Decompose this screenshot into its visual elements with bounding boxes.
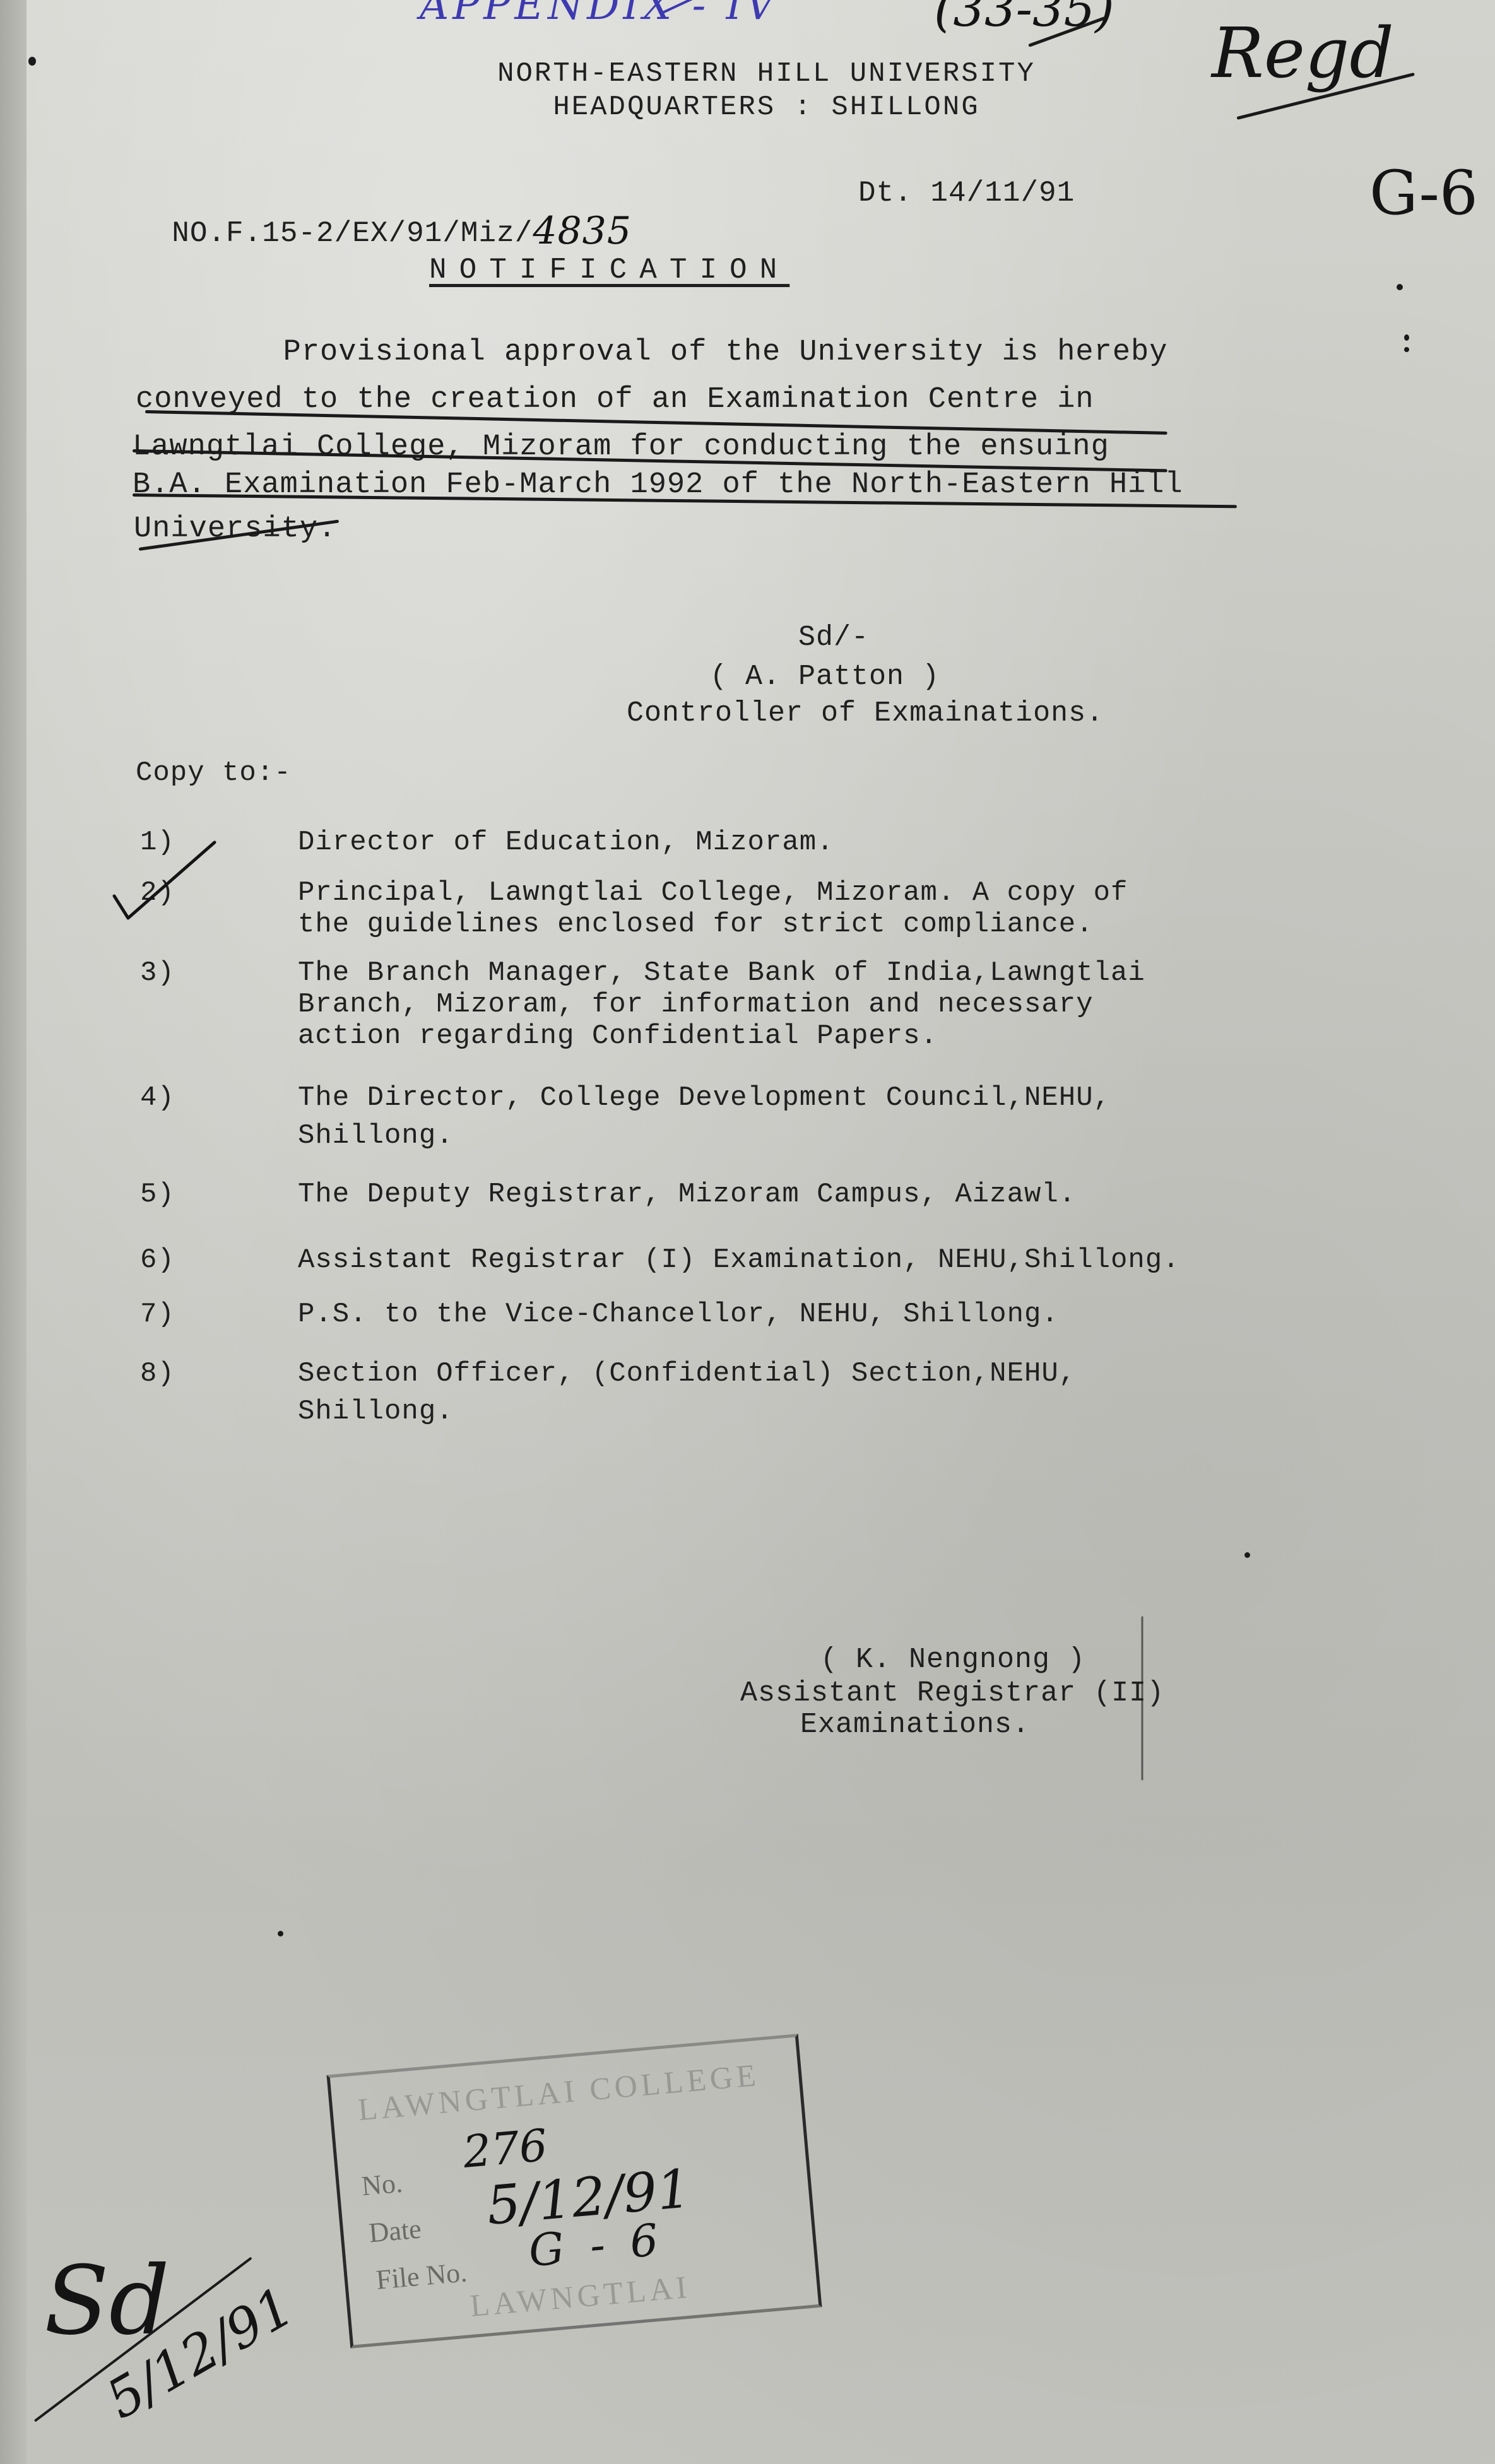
ink-speck (1404, 347, 1409, 352)
copy-to-label: Copy to:- (136, 757, 292, 789)
copy-to-item-text: action regarding Confidential Papers. (298, 1020, 938, 1052)
stamp-footer: LAWNGTLAI (469, 2268, 692, 2324)
ink-speck (278, 1931, 283, 1936)
page-range-annotation: (33-35) (934, 0, 1114, 38)
reference-date: Dt. 14/11/91 (858, 177, 1075, 209)
copy-to-item-number: 8) (140, 1358, 175, 1389)
reference-number-typed: NO.F.15-2/EX/91/Miz/ (172, 217, 533, 250)
signatory-2-designation-2: Examinations. (800, 1709, 1030, 1741)
copy-to-item-number: 6) (140, 1244, 175, 1276)
signatory-1-name: ( A. Patton ) (710, 661, 940, 693)
signatory-1-designation: Controller of Exmainations. (627, 697, 1104, 729)
copy-to-item-text: Shillong. (298, 1120, 454, 1152)
receipt-stamp: LAWNGTLAI COLLEGE No. 276 Date 5/12/91 F… (326, 2034, 822, 2349)
copy-to-item-text: Branch, Mizoram, for information and nec… (298, 989, 1094, 1020)
reference-number-handwritten: 4835 (533, 209, 632, 253)
signatory-2-designation-1: Assistant Registrar (II) (740, 1677, 1164, 1709)
letterhead-line-2: HEADQUARTERS : SHILLONG (0, 91, 1495, 123)
file-code-annotation: G-6 (1369, 158, 1478, 228)
document-title: NOTIFICATION (429, 254, 789, 286)
copy-to-item-text: The Deputy Registrar, Mizoram Campus, Ai… (298, 1179, 1076, 1210)
copy-to-item-text: Principal, Lawngtlai College, Mizoram. A… (298, 877, 1128, 909)
copy-to-item-text: Section Officer, (Confidential) Section,… (298, 1358, 1076, 1389)
copy-to-item-text: The Director, College Development Counci… (298, 1082, 1111, 1114)
ink-speck (28, 57, 36, 66)
ink-speck (1404, 334, 1409, 341)
copy-to-item-text: the guidelines enclosed for strict compl… (298, 909, 1094, 940)
copy-to-item-text: P.S. to the Vice-Chancellor, NEHU, Shill… (298, 1299, 1059, 1330)
copy-to-item-number: 5) (140, 1179, 175, 1210)
body-line-5: University. (134, 512, 336, 546)
copy-to-item-number: 3) (140, 957, 175, 989)
page-edge (0, 0, 27, 2464)
stamp-no-value: 276 (461, 2119, 549, 2178)
stamp-no-label: No. (360, 2167, 404, 2202)
copy-to-item-text: Assistant Registrar (I) Examination, NEH… (298, 1244, 1180, 1276)
copy-to-item-text: The Branch Manager, State Bank of India,… (298, 957, 1145, 989)
ink-speck (1397, 284, 1403, 290)
reference-number: NO.F.15-2/EX/91/Miz/4835 (136, 174, 632, 251)
ink-speck (1244, 1552, 1250, 1558)
stamp-file-label: File No. (375, 2256, 468, 2296)
copy-to-item-number: 7) (140, 1299, 175, 1330)
checkmark-icon (110, 836, 224, 931)
signatory-1-sd: Sd/- (798, 622, 869, 654)
body-line-1: Provisional approval of the University i… (136, 336, 1167, 369)
stamp-date-label: Date (367, 2212, 422, 2249)
copy-to-item-text: Shillong. (298, 1396, 454, 1427)
stamp-header: LAWNGTLAI COLLEGE (357, 2056, 761, 2128)
copy-to-item-number: 4) (140, 1082, 175, 1114)
body-line-2: conveyed to the creation of an Examinati… (136, 383, 1094, 416)
appendix-annotation: APPENDIX - IV (420, 0, 779, 29)
margin-mark (1142, 1617, 1143, 1781)
signatory-2-name: ( K. Nengnong ) (820, 1644, 1085, 1676)
initials-signature: Sd (44, 2246, 170, 2356)
copy-to-item-text: Director of Education, Mizoram. (298, 827, 834, 858)
letterhead-line-1: NORTH-EASTERN HILL UNIVERSITY (0, 58, 1495, 90)
